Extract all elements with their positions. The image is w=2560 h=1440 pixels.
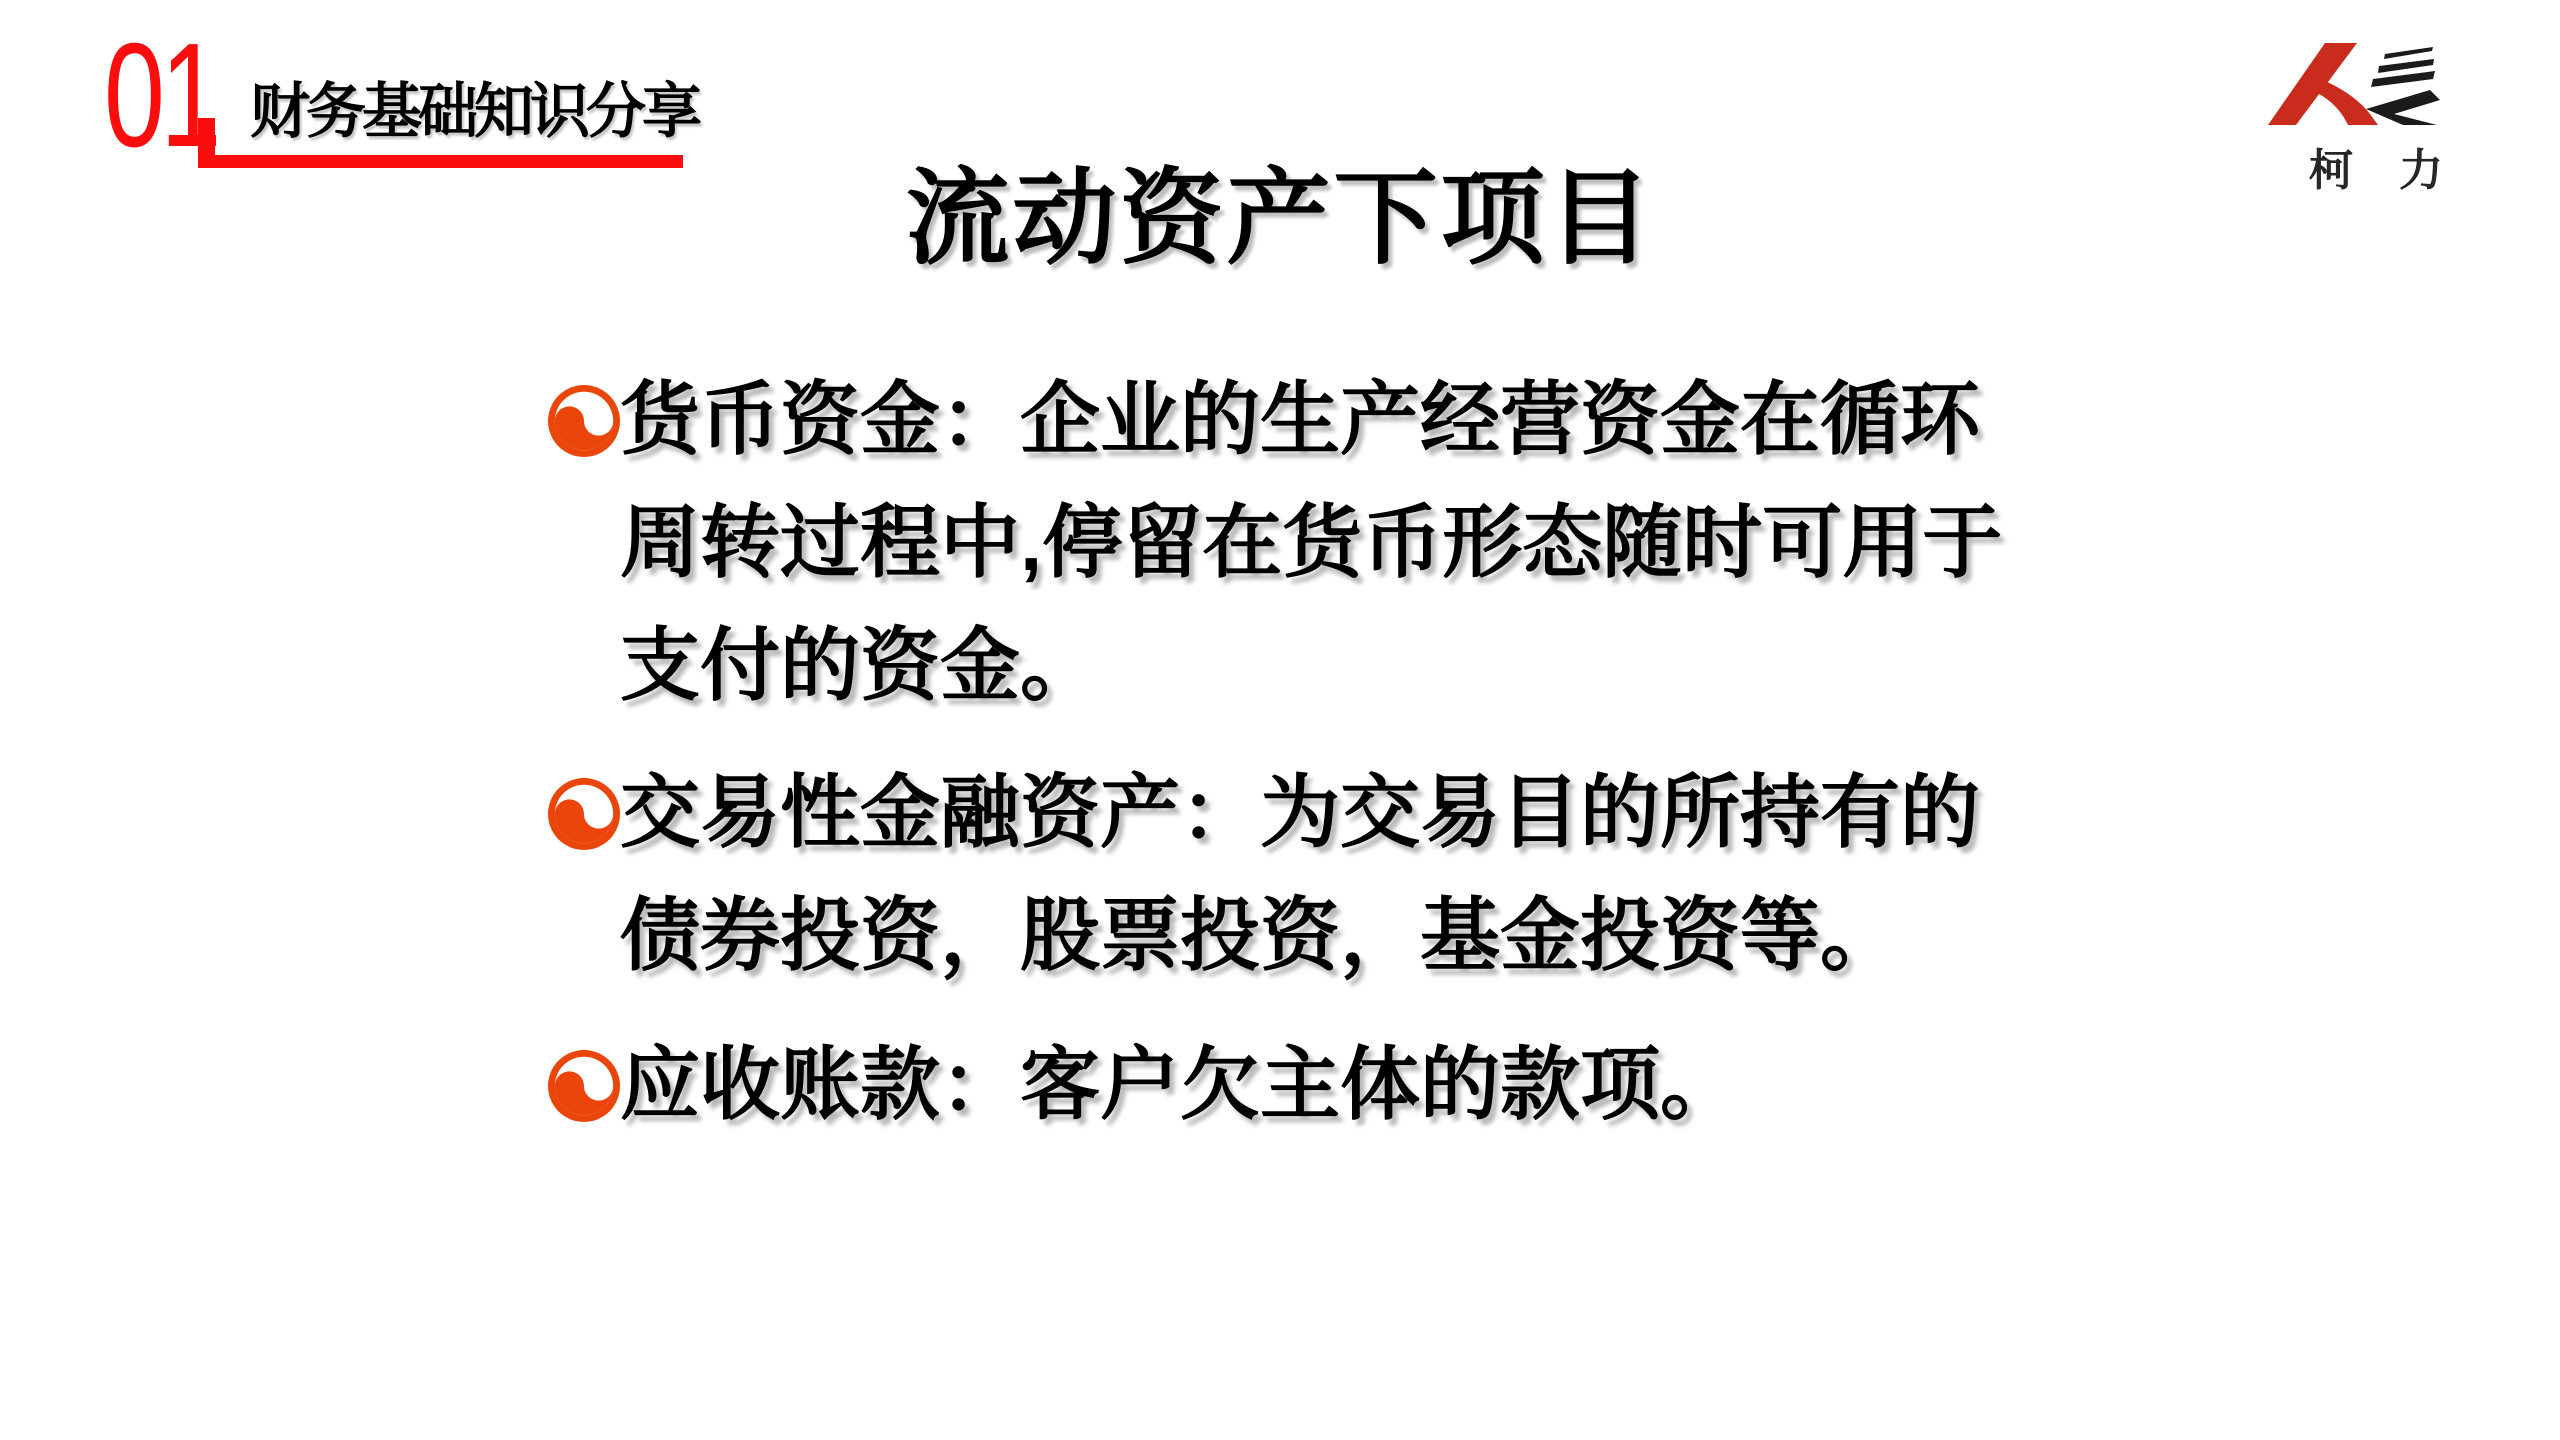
bullet-line: 交易性金融资产：为交易目的所持有的 — [620, 751, 1980, 874]
taiji-icon — [548, 778, 620, 850]
bullet-item-monetary-funds: 货币资金：企业的生产经营资金在循环 周转过程中,停留在货币形态随时可用于 支付的… — [548, 358, 2002, 727]
bullet-line: 周转过程中,停留在货币形态随时可用于 — [620, 481, 2002, 604]
bullet-item-trading-financial-assets: 交易性金融资产：为交易目的所持有的 债券投资，股票投资，基金投资等。 — [548, 751, 1980, 997]
presentation-slide: 01 财务基础知识分享 柯力 流动资产下项目 货币资金：企 — [0, 0, 2560, 1440]
bullet-line: 债券投资，股票投资，基金投资等。 — [620, 874, 1980, 997]
bullet-item-accounts-receivable: 应收账款：客户欠主体的款项。 — [548, 1023, 1740, 1146]
bullet-line: 支付的资金。 — [620, 604, 2002, 727]
bullet-line: 应收账款：客户欠主体的款项。 — [620, 1023, 1740, 1146]
keli-logo-mark — [2263, 38, 2453, 128]
section-title: 财务基础知识分享 — [250, 82, 698, 142]
page-title: 流动资产下项目 — [0, 158, 2560, 281]
taiji-icon — [548, 385, 620, 457]
taiji-icon — [548, 1050, 620, 1122]
bullet-line: 货币资金：企业的生产经营资金在循环 — [620, 358, 2002, 481]
